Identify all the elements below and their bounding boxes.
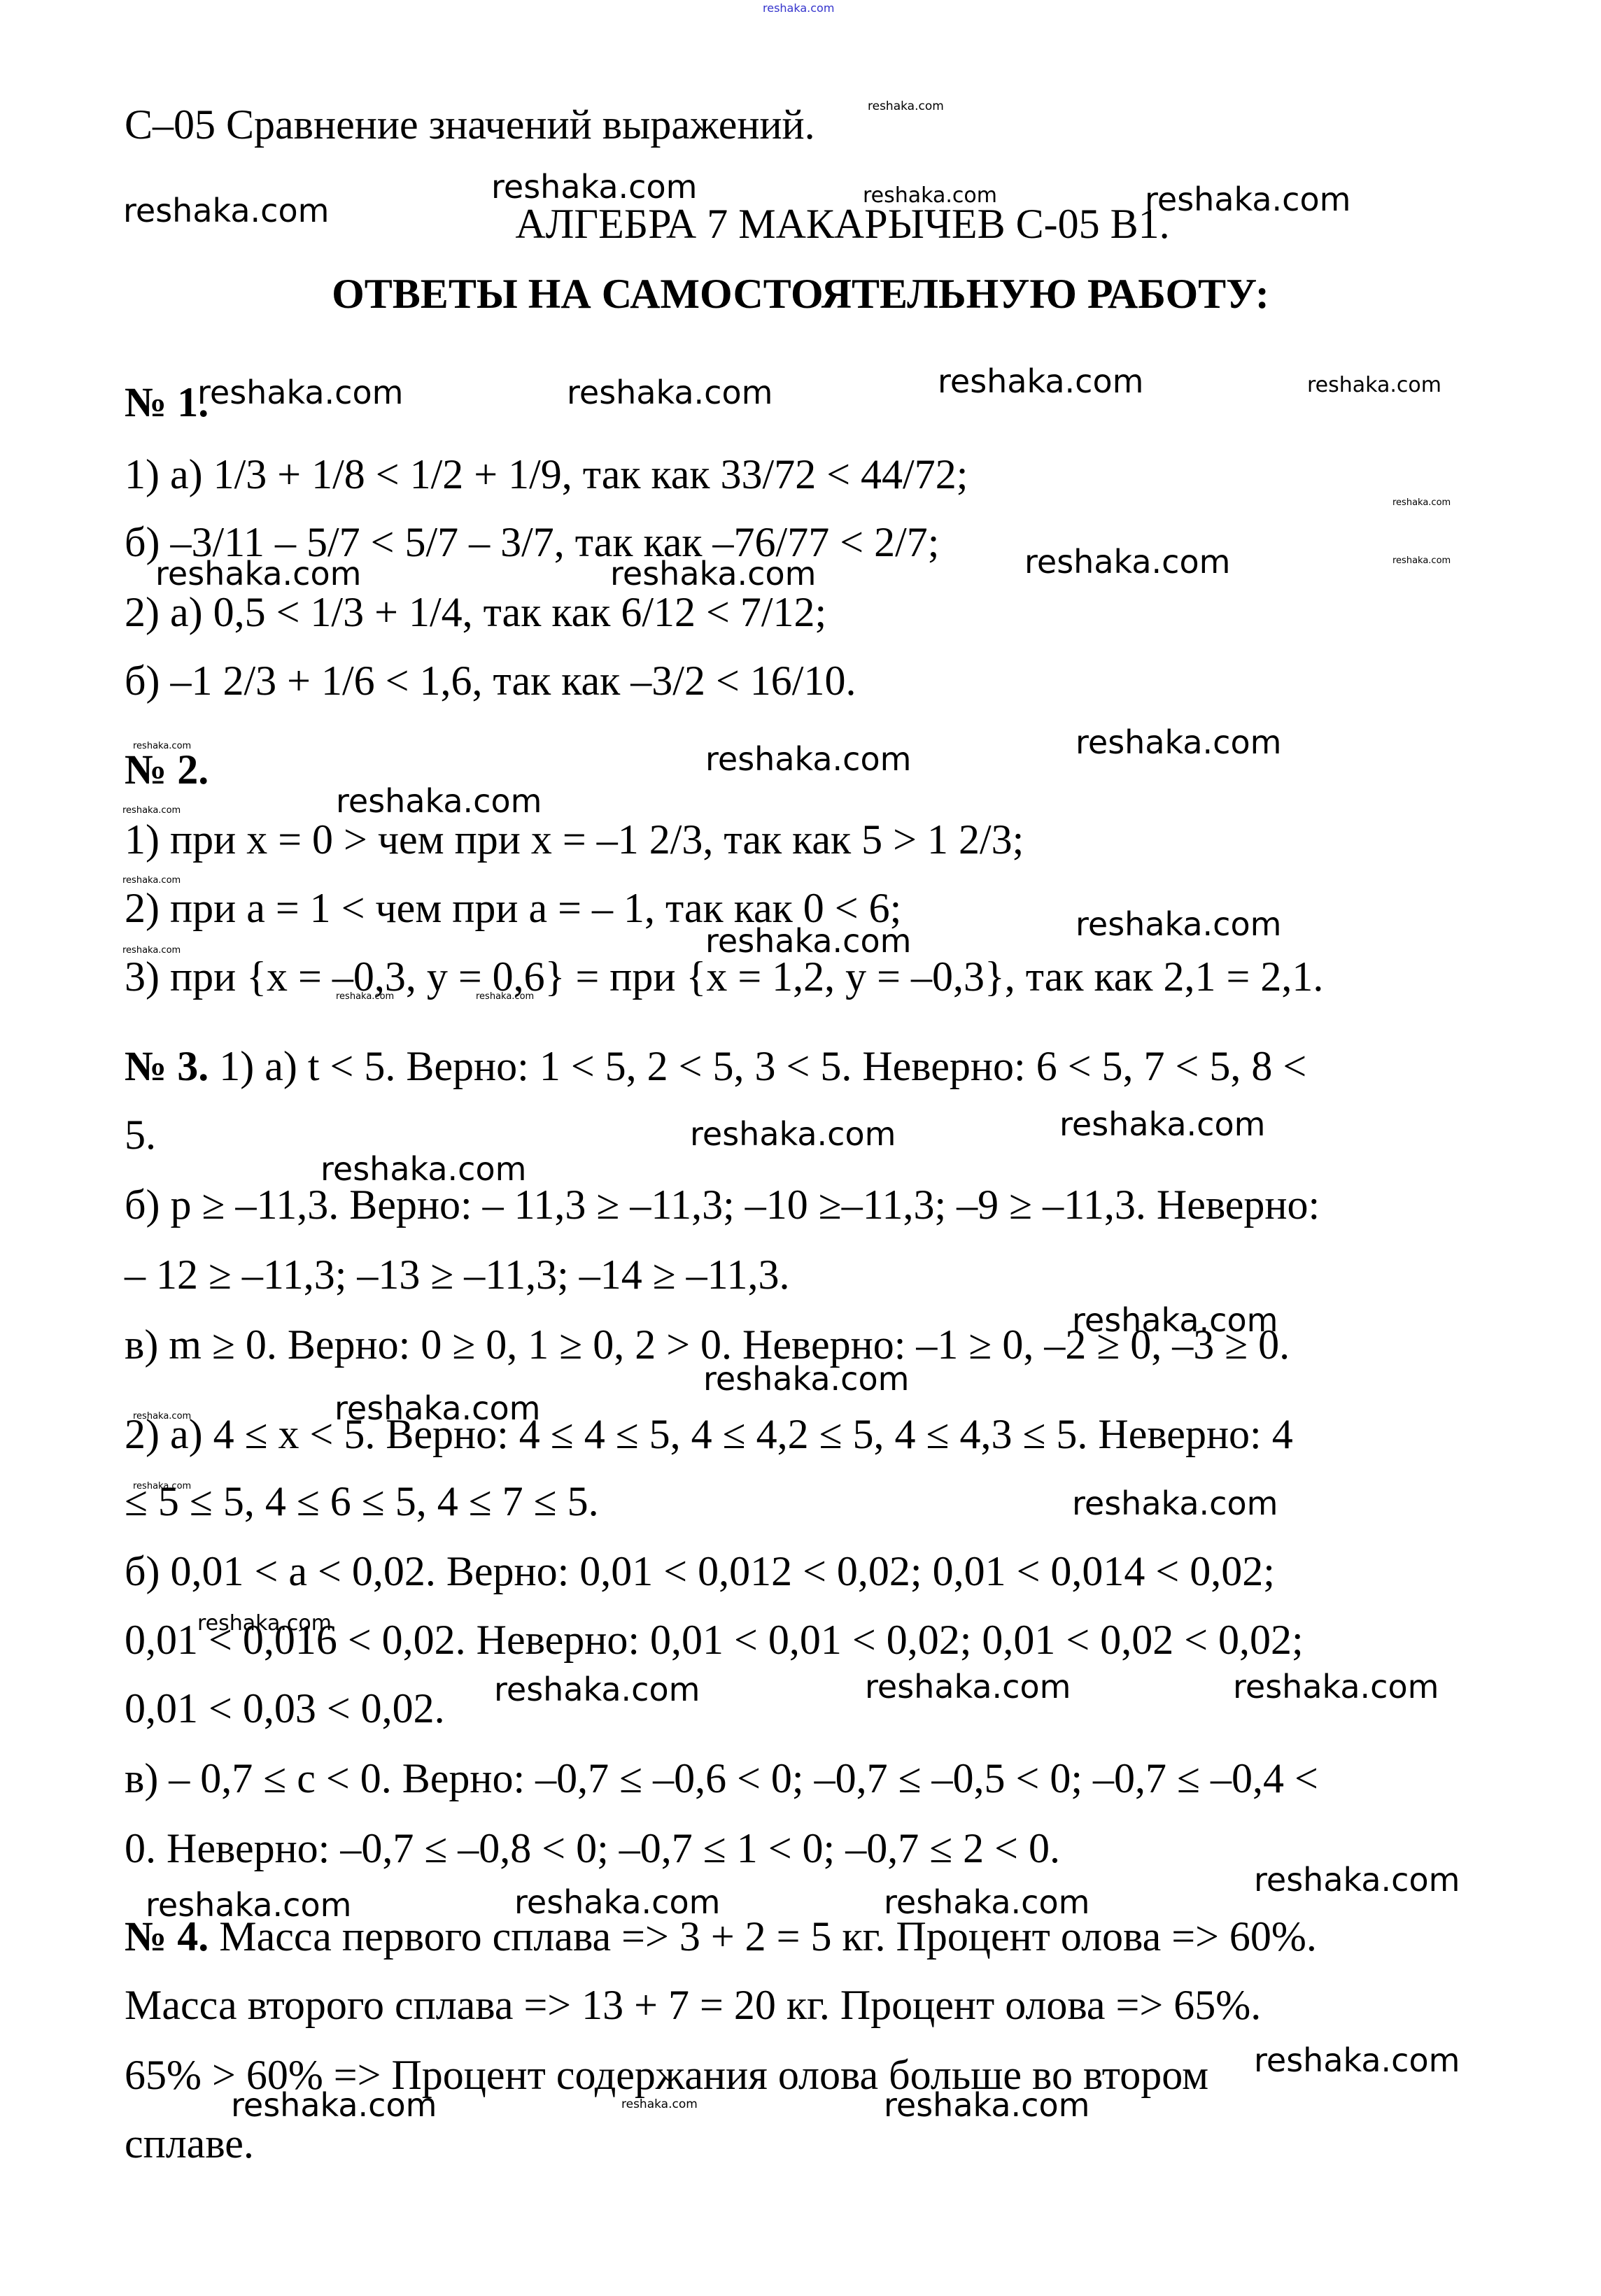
- task-4-line: Масса первого сплава => 3 + 2 = 5 кг. Пр…: [209, 1913, 1317, 1960]
- watermark: reshaka.com: [491, 171, 697, 203]
- watermark: reshaka.com: [1254, 1864, 1460, 1896]
- watermark: reshaka.com: [703, 1363, 909, 1395]
- watermark: reshaka.com: [320, 1153, 526, 1185]
- task-4-line: сплаве.: [125, 2123, 254, 2164]
- watermark: reshaka.com: [476, 992, 534, 1001]
- watermark: reshaka.com: [133, 1482, 191, 1491]
- watermark: reshaka.com: [336, 992, 394, 1001]
- section-heading: ОТВЕТЫ НА САМОСТОЯТЕЛЬНУЮ РАБОТУ:: [0, 273, 1601, 315]
- task-1-line: б) –1 2/3 + 1/6 < 1,6, так как –3/2 < 16…: [125, 660, 856, 702]
- task-3-line: 0,01 < 0,03 < 0,02.: [125, 1687, 445, 1729]
- watermark: reshaka.com: [610, 558, 816, 590]
- watermark: reshaka.com: [567, 376, 773, 409]
- task-3-line: б) p ≥ –11,3. Верно: – 11,3 ≥ –11,3; –10…: [125, 1184, 1320, 1226]
- watermark: reshaka.com: [705, 743, 911, 775]
- watermark: reshaka.com: [334, 1392, 540, 1424]
- watermark: reshaka.com: [122, 876, 181, 885]
- page-title: C–05 Сравнение значений выражений.: [125, 104, 815, 146]
- task-3-line: 0. Неверно: –0,7 ≤ –0,8 < 0; –0,7 ≤ 1 < …: [125, 1827, 1060, 1869]
- watermark: reshaka.com: [884, 1886, 1089, 1918]
- task-3-line: 1) а) t < 5. Верно: 1 < 5, 2 < 5, 3 < 5.…: [209, 1043, 1306, 1089]
- watermark: reshaka.com: [1024, 546, 1230, 578]
- task-3-line: в) – 0,7 ≤ c < 0. Верно: –0,7 ≤ –0,6 < 0…: [125, 1757, 1318, 1799]
- watermark: reshaka.com: [884, 2089, 1089, 2121]
- watermark: reshaka.com: [1072, 1304, 1278, 1336]
- watermark: reshaka.com: [865, 1671, 1071, 1703]
- task-3-line: ≤ 5 ≤ 5, 4 ≤ 6 ≤ 5, 4 ≤ 7 ≤ 5.: [125, 1480, 599, 1522]
- task-3-first-line: № 3. 1) а) t < 5. Верно: 1 < 5, 2 < 5, 3…: [125, 1045, 1306, 1087]
- watermark: reshaka.com: [1145, 183, 1350, 215]
- watermark: reshaka.com: [133, 1412, 191, 1421]
- watermark: reshaka.com: [863, 185, 997, 206]
- task-1-line: 2) а) 0,5 < 1/3 + 1/4, так как 6/12 < 7/…: [125, 591, 826, 633]
- watermark: reshaka.com: [1059, 1108, 1265, 1140]
- watermark: reshaka.com: [1075, 726, 1281, 758]
- watermark: reshaka.com: [197, 376, 403, 409]
- watermark: reshaka.com: [690, 1118, 896, 1150]
- watermark: reshaka.com: [155, 558, 361, 590]
- task-3-line: 2) а) 4 ≤ x < 5. Верно: 4 ≤ 4 ≤ 5, 4 ≤ 4…: [125, 1413, 1293, 1455]
- watermark: reshaka.com: [123, 194, 329, 227]
- watermark: reshaka.com: [1254, 2044, 1460, 2076]
- watermark: reshaka.com: [122, 946, 181, 955]
- task-4-line: Масса второго сплава => 13 + 7 = 20 кг. …: [125, 1984, 1261, 2026]
- task-1-label: № 1.: [125, 381, 209, 423]
- watermark: reshaka.com: [705, 925, 911, 957]
- watermark: reshaka.com: [146, 1889, 351, 1921]
- task-2-line: 3) при {x = –0,3, y = 0,6} = при {x = 1,…: [125, 956, 1323, 998]
- header-watermark: reshaka.com: [763, 3, 834, 14]
- task-3-line: б) 0,01 < a < 0,02. Верно: 0,01 < 0,012 …: [125, 1550, 1275, 1592]
- watermark: reshaka.com: [231, 2089, 437, 2121]
- watermark: reshaka.com: [122, 806, 181, 815]
- watermark: reshaka.com: [621, 2099, 698, 2111]
- watermark: reshaka.com: [494, 1673, 700, 1706]
- watermark: reshaka.com: [1233, 1671, 1439, 1703]
- task-1-line: 1) а) 1/3 + 1/8 < 1/2 + 1/9, так как 33/…: [125, 453, 968, 495]
- watermark: reshaka.com: [1307, 375, 1441, 396]
- watermark: reshaka.com: [336, 785, 542, 817]
- task-3-label: № 3.: [125, 1043, 209, 1089]
- task-3-line: 5.: [125, 1114, 156, 1156]
- watermark: reshaka.com: [1392, 556, 1451, 565]
- watermark: reshaka.com: [1075, 908, 1281, 940]
- watermark: reshaka.com: [133, 742, 191, 751]
- task-3-line: – 12 ≥ –11,3; –13 ≥ –11,3; –14 ≥ –11,3.: [125, 1254, 789, 1296]
- watermark: reshaka.com: [514, 1886, 720, 1918]
- task-2-label: № 2.: [125, 749, 209, 791]
- watermark: reshaka.com: [868, 101, 944, 113]
- task-2-line: 1) при x = 0 > чем при x = –1 2/3, так к…: [125, 819, 1024, 860]
- watermark: reshaka.com: [1072, 1487, 1278, 1519]
- watermark: reshaka.com: [938, 365, 1143, 397]
- watermark: reshaka.com: [1392, 498, 1451, 507]
- watermark: reshaka.com: [197, 1613, 332, 1634]
